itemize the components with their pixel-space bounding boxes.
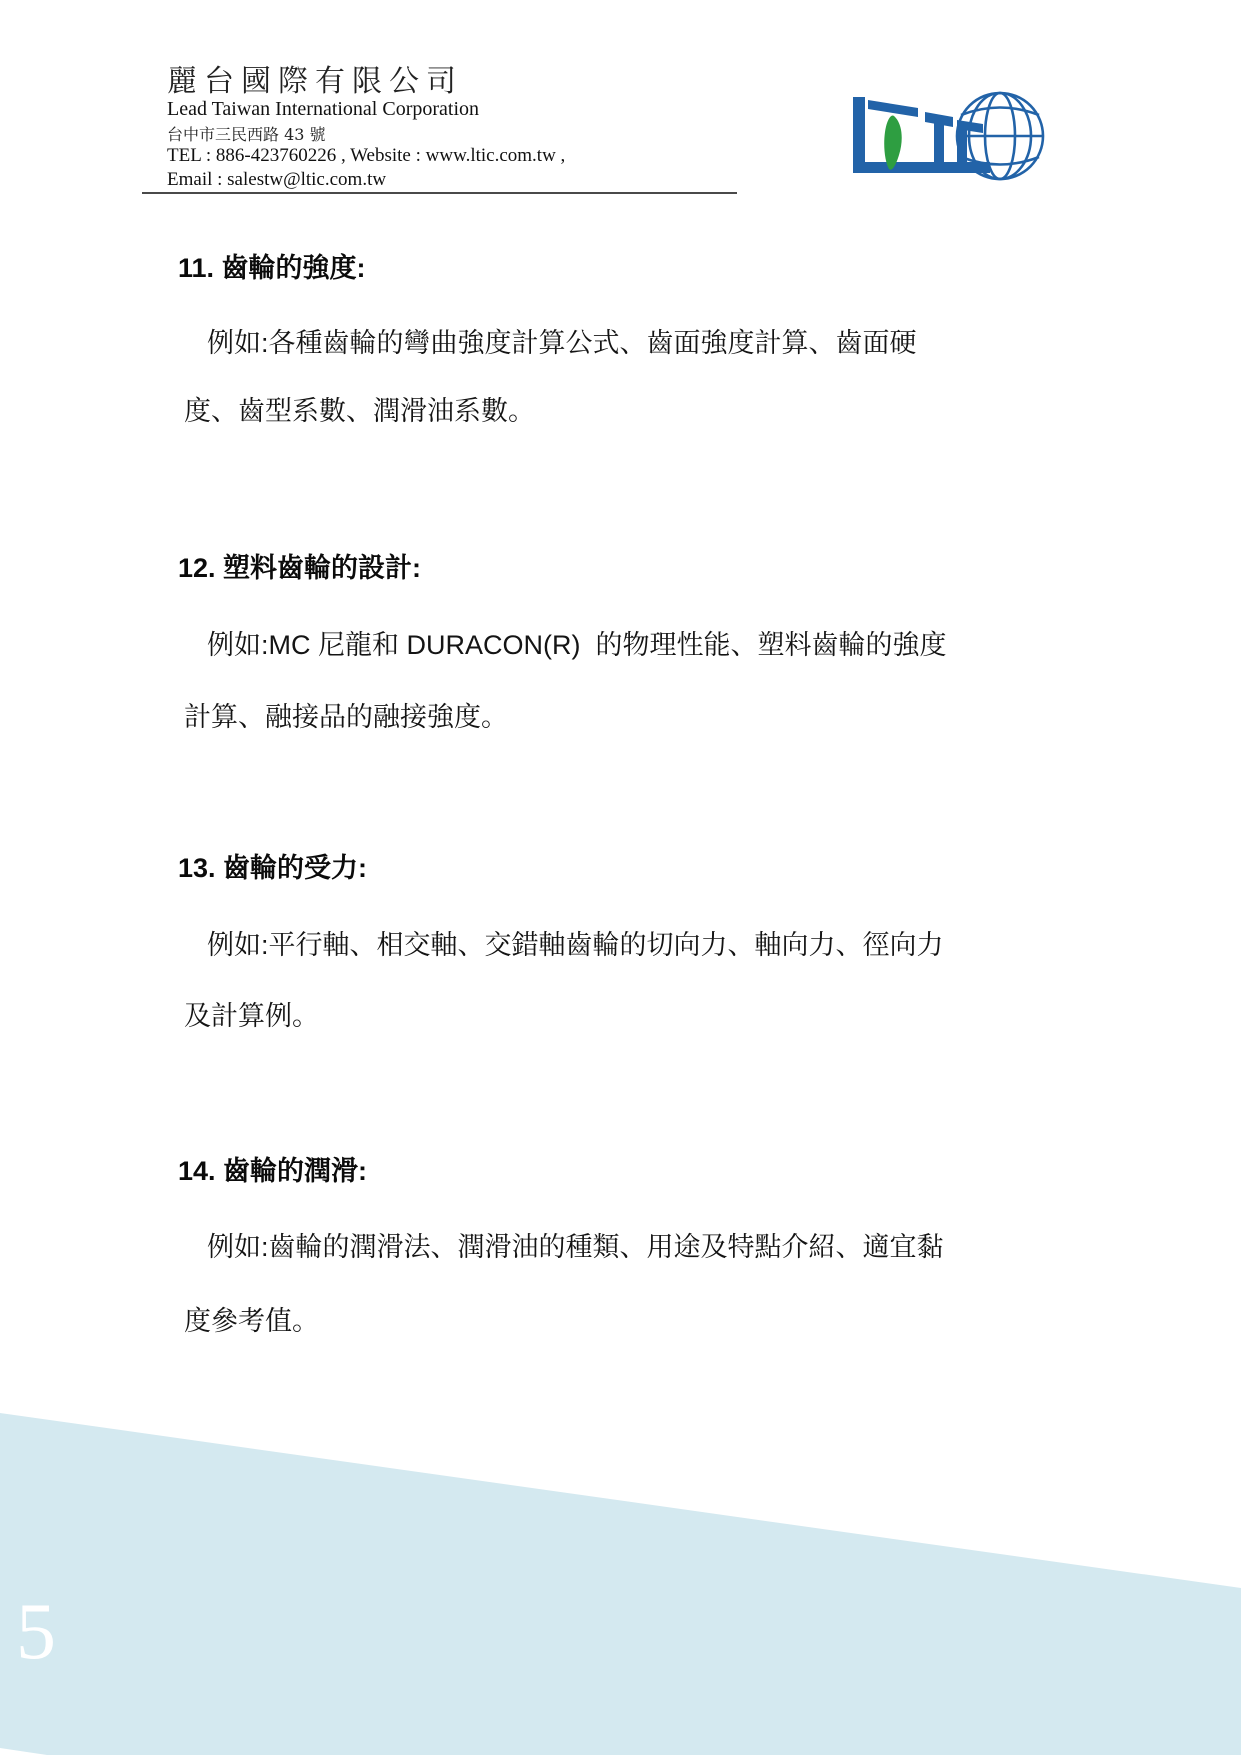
tel-website-line: TEL : 886-423760226 , Website : www.ltic… (167, 145, 565, 167)
section-11-heading: 11. 齒輪的強度: (178, 253, 366, 284)
page-number: 5 (16, 1592, 56, 1672)
section-12-line-2: 計算、融接品的融接強度。 (184, 702, 508, 733)
logo-letter-t2-stem (934, 122, 944, 162)
section-13-line-1: 例如:平行軸、相交軸、交錯軸齒輪的切向力、軸向力、徑向力 (207, 930, 944, 961)
document-page: 麗台國際有限公司 Lead Taiwan International Corpo… (0, 0, 1241, 1755)
header-rule (142, 192, 737, 194)
section-13-line-2: 及計算例。 (184, 1001, 319, 1032)
taiwan-island-icon (884, 115, 902, 169)
ltic-logo-icon (850, 85, 1050, 185)
section-14-heading: 14. 齒輪的潤滑: (178, 1156, 367, 1187)
section-14-line-1: 例如:齒輪的潤滑法、潤滑油的種類、用途及特點介紹、適宜黏 (207, 1232, 944, 1263)
section-11-line-2: 度、齒型系數、潤滑油系數。 (184, 396, 535, 427)
section-12-line-1: 例如:MC 尼龍和 DURACON(R) 的物理性能、塑料齒輪的強度 (207, 630, 946, 661)
company-address: 台中市三民西路 43 號 (167, 122, 326, 145)
section-12-heading: 12. 塑料齒輪的設計: (178, 553, 421, 584)
company-name-en: Lead Taiwan International Corporation (167, 98, 479, 121)
section-14-line-2: 度參考值。 (184, 1306, 319, 1337)
section-13-heading: 13. 齒輪的受力: (178, 853, 367, 884)
email-line: Email : salestw@ltic.com.tw (167, 169, 386, 191)
logo-letter-c-stem (957, 129, 967, 163)
logo-letter-t1 (868, 100, 918, 117)
section-11-line-1: 例如:各種齒輪的彎曲強度計算公式、齒面強度計算、齒面硬 (207, 328, 917, 359)
company-name-zh: 麗台國際有限公司 (167, 56, 463, 100)
